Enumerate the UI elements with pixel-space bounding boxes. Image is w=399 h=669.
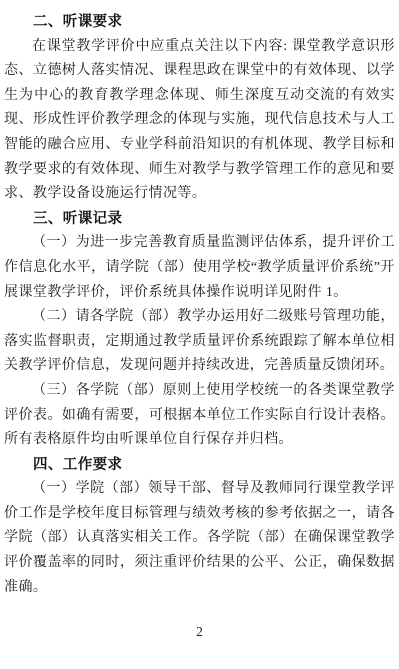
paragraph: （三）各学院（部）原则上使用学校统一的各类课堂教学评价表。如确有需要，可根据本单… bbox=[4, 379, 395, 453]
section-heading: 二、听课要求 bbox=[4, 10, 395, 35]
document-body: 二、听课要求在课堂教学评价中应重点关注以下内容: 课堂教学意识形态、立德树人落实… bbox=[4, 10, 395, 600]
document-page: 二、听课要求在课堂教学评价中应重点关注以下内容: 课堂教学意识形态、立德树人落实… bbox=[0, 0, 399, 669]
paragraph: 在课堂教学评价中应重点关注以下内容: 课堂教学意识形态、立德树人落实情况、课程思… bbox=[4, 35, 395, 207]
page-number: 2 bbox=[0, 624, 399, 640]
paragraph: （一）学院（部）领导干部、督导及教师同行课堂教学评价工作是学校年度目标管理与绩效… bbox=[4, 477, 395, 600]
section-heading: 四、工作要求 bbox=[4, 453, 395, 478]
section-heading: 三、听课记录 bbox=[4, 207, 395, 232]
paragraph: （一）为进一步完善教育质量监测评估体系，提升评价工作信息化水平，请学院（部）使用… bbox=[4, 231, 395, 305]
paragraph: （二）请各学院（部）教学办运用好二级账号管理功能，落实监督职责，定期通过教学质量… bbox=[4, 305, 395, 379]
